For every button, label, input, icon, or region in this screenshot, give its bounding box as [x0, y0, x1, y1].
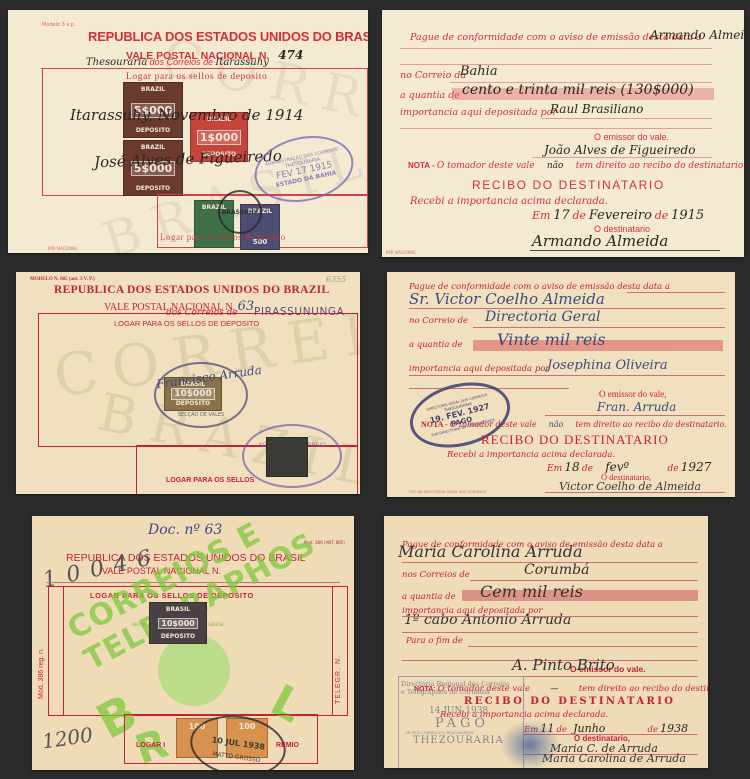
issuer-signature: A. Pinto Brito [512, 656, 615, 674]
money-order-card-1914-front: CORREIOS BRASIL Modelo 3 v.p. REPUBLICA … [8, 10, 368, 253]
post-office-city: Corumbá [524, 562, 589, 578]
issuer-signature: Fran. Arruda [597, 400, 676, 414]
amount-value: Vinte mil reis [497, 330, 606, 349]
recipient-full-name: Maria Carolina de Arruda [542, 752, 686, 765]
office-line: Thesouraria dos Correios de Itarassuhy [86, 57, 269, 68]
stamp-dark-definitive [266, 437, 308, 477]
depositor-name: Raul Brasiliano [550, 102, 643, 116]
round-postmark: ARASSUHY [218, 190, 262, 234]
office-prefix: Thesouraria [86, 57, 147, 68]
depositor-label: importancia aqui depositada por [400, 107, 557, 118]
deposit-label: Logar para os sellos de deposito [126, 72, 267, 82]
post-office-city: Bahia [460, 64, 498, 79]
office-value: Itarassuhy [215, 57, 268, 68]
purpose-label: Para o fim de [406, 636, 463, 646]
republic-seal [158, 634, 230, 706]
left-side-column [48, 586, 64, 716]
printer-mark: IMP. NACIONAL [386, 250, 416, 255]
issuer-label: O emissor do vale. [594, 132, 669, 142]
premium-label: Logar para os sellos de premio [160, 232, 286, 242]
premium-label: LOGAR PARA OS SELLOS [166, 477, 254, 484]
receipt-title: RECIBO DO DESTINATARIO [481, 432, 669, 448]
post-office-label: nos Correios de [402, 570, 470, 580]
amount-note-handwritten: 1200 [41, 723, 95, 754]
recipient-signature: Armando Almeida [532, 232, 668, 250]
serial-number: 6355 [326, 275, 346, 284]
post-office-city: Directoria Geral [485, 309, 601, 325]
post-office-label: no Correio da [400, 70, 466, 81]
model-label: MODELO N. 885 (ant. 3 V. P.) [30, 277, 95, 282]
amount-value: Cem mil reis [480, 582, 583, 601]
money-order-card-1914-back: Pague de conformidade com o aviso de emi… [382, 10, 744, 257]
place-date-handwritten: Itarassuhy, Novembro de 1914 [70, 106, 303, 124]
right-side-label: TELEGR. N. [335, 655, 342, 704]
amount-label: a quantia de [409, 340, 463, 350]
premium-label-left: LOGAR I [136, 742, 165, 749]
card-title: REPUBLICA DOS ESTADOS UNIDOS DO BRAZIL [54, 284, 329, 296]
printer-mark: IMP. NACIONAL [48, 246, 78, 251]
money-order-card-1938-back: Pague de conformidade com o aviso de emi… [384, 516, 708, 768]
receipt-text: Recebi a importancia acima declarada. [447, 450, 615, 460]
stamp-10000-deposito: BRASIL10$000DEPOSITO [149, 602, 207, 644]
printer-mark: OFF. DA DIRECTORIA GERAL DOS CORREIOS [409, 490, 486, 494]
money-order-card-1927-front: CORREIOS BRAZIL MODELO N. 885 (ant. 3 V.… [16, 272, 360, 494]
ink-stain [500, 720, 560, 768]
amount-value: cento e trinta mil reis (130$000) [462, 82, 694, 98]
depositor-name: 1º cabo Antonio Arruda [404, 612, 571, 628]
model-label: Modelo 3 v.p. [42, 22, 75, 28]
issuer-label: O emissor do vale, [599, 389, 667, 399]
money-order-card-1938-front: Doc. nº 63 Mod. 386 (ANT. 885) REPUBLICA… [32, 516, 354, 770]
depositor-name: Josephina Oliveira [547, 358, 668, 373]
payee-name: Sr. Victor Coelho Almeida [409, 290, 605, 308]
left-side-label: Mod. 386 reg. n. [38, 648, 45, 699]
receipt-text: Recebi a importancia acima declarada. [410, 196, 608, 207]
payee-name: Maria Carolina Arruda [398, 542, 582, 561]
receipt-date: Em 17 de Fevereiro de 1915 [532, 208, 704, 223]
issuer-signature: João Alves de Figueiredo [544, 143, 695, 157]
premium-label-right: REMIO [276, 742, 299, 749]
amount-label: a quantia de [402, 592, 456, 602]
deposit-label: LOGAR PARA OS SELLOS DE DEPOSITO [114, 319, 259, 328]
post-office-label: no Correio de [409, 316, 468, 326]
money-order-card-1927-back: Pague de conformidade com o aviso de emi… [387, 272, 735, 497]
card-title: REPUBLICA DOS ESTADOS UNIDOS DO BRASIL [88, 29, 368, 44]
depositor-label: importancia aqui depositada por [409, 364, 549, 374]
amount-label: a quantia de [400, 90, 460, 101]
office-label: dos Correios de [150, 57, 214, 67]
order-number: 474 [278, 48, 303, 62]
note-line: NOTA - O tomador deste vale não tem dire… [408, 160, 743, 171]
receipt-title: RECIBO DO DESTINATARIO [472, 178, 665, 192]
